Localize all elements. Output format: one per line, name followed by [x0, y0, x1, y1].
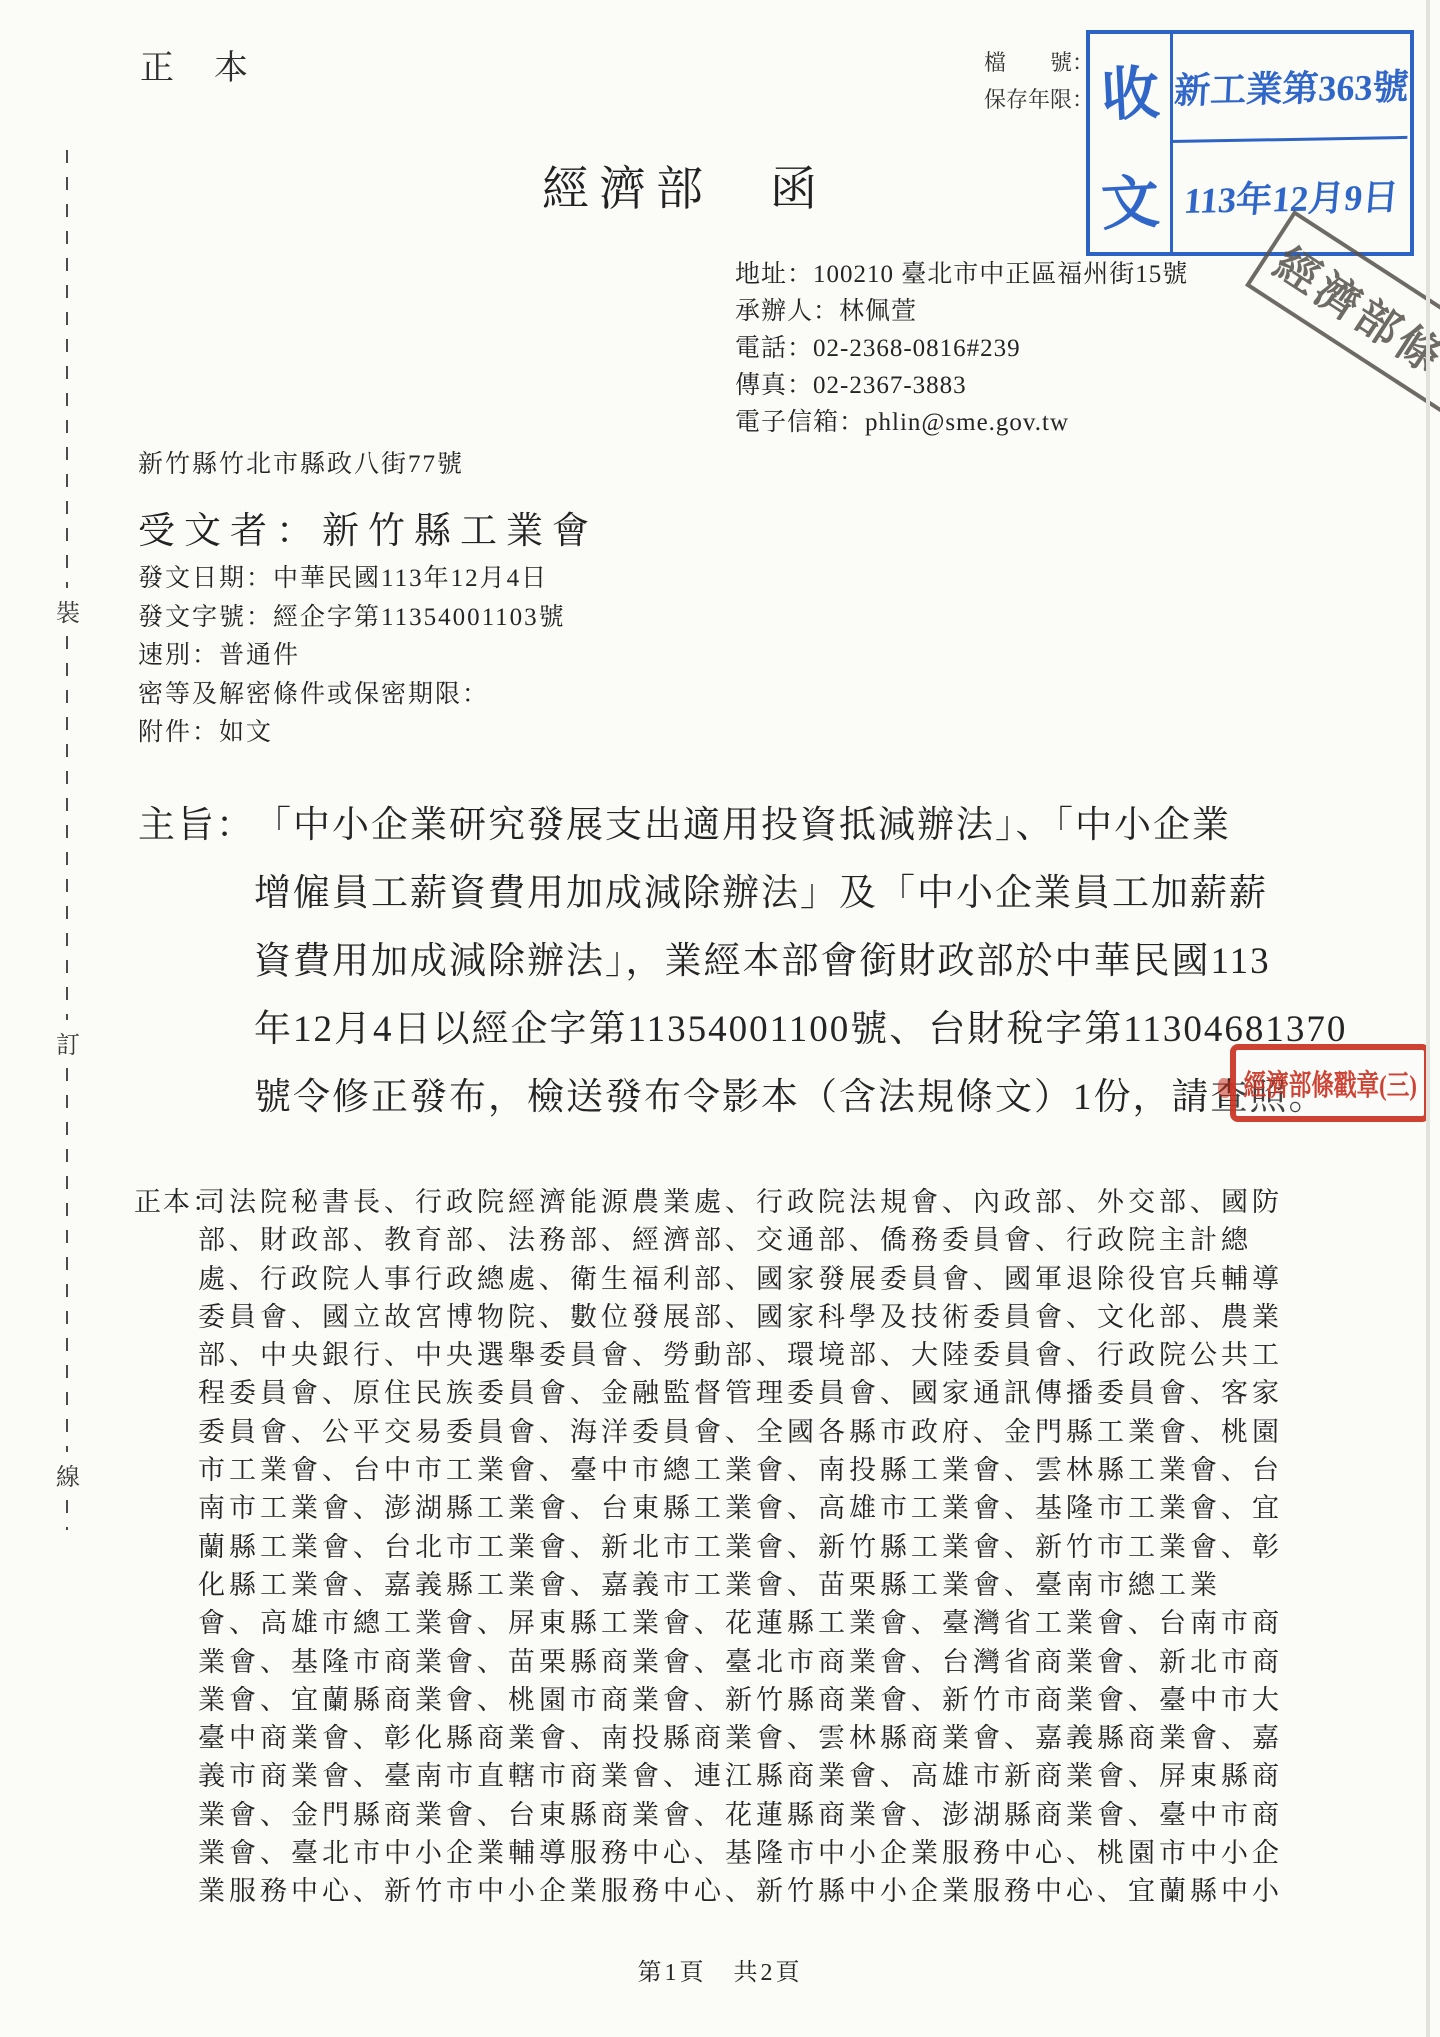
subject-line: 「中小企業研究發展支出適用投資抵減辦法」、「中小企業: [254, 792, 1347, 860]
subject-line: 號令修正發布，檢送發布令影本（含法規條文）1份，請查照。: [254, 1064, 1347, 1132]
received-doc-number: 新工業第363號: [1170, 32, 1413, 143]
contact-email: 電子信箱：phlin@sme.gov.tw: [735, 404, 1188, 441]
issue-doc-number: 發文字號：經企字第11354001103號: [138, 599, 566, 638]
copy-list-line: 委員會、公平交易委員會、海洋委員會、全國各縣市政府、金門縣工業會、桃園: [198, 1413, 1283, 1451]
received-stamp: 收 文 新工業第363號 113年12月9日: [1086, 30, 1414, 256]
received-stamp-chars: 收 文: [1090, 34, 1173, 252]
copy-list-line: 會、高雄市總工業會、屏東縣工業會、花蓮縣工業會、臺灣省工業會、台南市商: [198, 1604, 1283, 1642]
copy-recipient-list: 司法院秘書長、行政院經濟能源農業處、行政院法規會、內政部、外交部、國防 部、財政…: [198, 1183, 1283, 1911]
file-number-block: 檔 號： 保存年限：: [984, 44, 1094, 118]
copy-list-line: 臺中商業會、彰化縣商業會、南投縣商業會、雲林縣商業會、嘉義縣商業會、嘉: [198, 1719, 1283, 1757]
file-number-label: 檔 號：: [984, 44, 1094, 81]
copy-list-line: 處、行政院人事行政總處、衛生福利部、國家發展委員會、國軍退除役官兵輔導: [198, 1260, 1283, 1298]
security-classification: 密等及解密條件或保密期限：: [138, 676, 566, 715]
copy-list-line: 業會、金門縣商業會、台東縣商業會、花蓮縣商業會、澎湖縣商業會、臺中市商: [198, 1796, 1283, 1834]
copy-list-line: 委員會、國立故宮博物院、數位發展部、國家科學及技術委員會、文化部、農業: [198, 1298, 1283, 1336]
document-title: 經濟部 函: [542, 152, 827, 219]
scan-edge-artifact: [1426, 0, 1430, 2037]
contact-officer: 承辦人：林佩萱: [735, 293, 1188, 330]
copy-list-line: 業會、基隆市商業會、苗栗縣商業會、臺北市商業會、台灣省商業會、新北市商: [198, 1643, 1283, 1681]
recipient-address: 新竹縣竹北市縣政八街77號: [138, 444, 464, 480]
copy-list-line: 化縣工業會、嘉義縣工業會、嘉義市工業會、苗栗縣工業會、臺南市總工業: [198, 1566, 1283, 1604]
subject-line: 資費用加成減除辦法」，業經本部會銜財政部於中華民國113: [254, 928, 1347, 996]
copy-list-line: 業會、臺北市中小企業輔導服務中心、基隆市中小企業服務中心、桃園市中小企: [198, 1834, 1283, 1872]
red-seal-ink-blot: [1218, 1078, 1232, 1098]
copy-list-line: 南市工業會、澎湖縣工業會、台東縣工業會、高雄市工業會、基隆市工業會、宜: [198, 1489, 1283, 1527]
binding-dashed-line: [66, 150, 68, 1530]
received-char-bottom: 文: [1099, 154, 1161, 241]
received-char-top: 收: [1099, 45, 1161, 132]
copy-list-line: 蘭縣工業會、台北市工業會、新北市工業會、新竹縣工業會、新竹市工業會、彰: [198, 1528, 1283, 1566]
copy-list-line: 業會、宜蘭縣商業會、桃園市商業會、新竹縣商業會、新竹市商業會、臺中市大: [198, 1681, 1283, 1719]
retention-period-label: 保存年限：: [984, 81, 1094, 118]
subject-line: 增僱員工薪資費用加成減除辦法」及「中小企業員工加薪薪: [254, 860, 1347, 928]
ministry-red-seal-stamp: 經濟部條戳章(三): [1230, 1044, 1430, 1122]
recipient-line: 受文者：新竹縣工業會: [138, 500, 598, 554]
subject-line: 年12月4日以經企字第11354001100號、台財稅字第11304681370: [254, 996, 1347, 1064]
red-seal-text: 經濟部條戳章(三): [1243, 1063, 1416, 1104]
copy-list-line: 部、中央銀行、中央選舉委員會、勞動部、環境部、大陸委員會、行政院公共工: [198, 1336, 1283, 1374]
binding-mark-xian: 線: [55, 1452, 81, 1497]
copy-list-line: 義市商業會、臺南市直轄市商業會、連江縣商業會、高雄市新商業會、屏東縣商: [198, 1757, 1283, 1795]
binding-mark-ding: 訂: [55, 1020, 81, 1065]
copy-list-line: 司法院秘書長、行政院經濟能源農業處、行政院法規會、內政部、外交部、國防: [198, 1183, 1283, 1221]
scanned-official-letter: 正本 檔 號： 保存年限： 收 文 新工業第363號 113年12月9日 經濟部…: [0, 0, 1440, 2037]
contact-phone: 電話：02-2368-0816#239: [735, 330, 1188, 367]
sender-contact-block: 地址：100210 臺北市中正區福州街15號 承辦人：林佩萱 電話：02-236…: [735, 256, 1188, 441]
attachment-note: 附件：如文: [138, 714, 566, 753]
issue-date: 發文日期：中華民國113年12月4日: [138, 560, 566, 599]
binding-mark-zhuang: 裝: [55, 588, 81, 633]
copy-list-line: 部、財政部、教育部、法務部、經濟部、交通部、僑務委員會、行政院主計總: [198, 1221, 1283, 1259]
copy-list-line: 市工業會、台中市工業會、臺中市總工業會、南投縣工業會、雲林縣工業會、台: [198, 1451, 1283, 1489]
page-number-footer: 第1頁 共2頁: [0, 1952, 1440, 1987]
subject-text: 「中小企業研究發展支出適用投資抵減辦法」、「中小企業 增僱員工薪資費用加成減除辦…: [254, 792, 1347, 1132]
delivery-speed: 速別：普通件: [138, 637, 566, 676]
document-meta-block: 發文日期：中華民國113年12月4日 發文字號：經企字第11354001103號…: [138, 560, 566, 753]
copy-list-line: 業服務中心、新竹市中小企業服務中心、新竹縣中小企業服務中心、宜蘭縣中小: [198, 1872, 1283, 1910]
contact-fax: 傳真：02-2367-3883: [735, 367, 1188, 404]
sender-address: 地址：100210 臺北市中正區福州街15號: [735, 256, 1188, 293]
copy-type-label: 正本: [140, 40, 288, 89]
copy-list-line: 程委員會、原住民族委員會、金融監督管理委員會、國家通訊傳播委員會、客家: [198, 1374, 1283, 1412]
subject-label: 主旨：: [138, 792, 255, 860]
